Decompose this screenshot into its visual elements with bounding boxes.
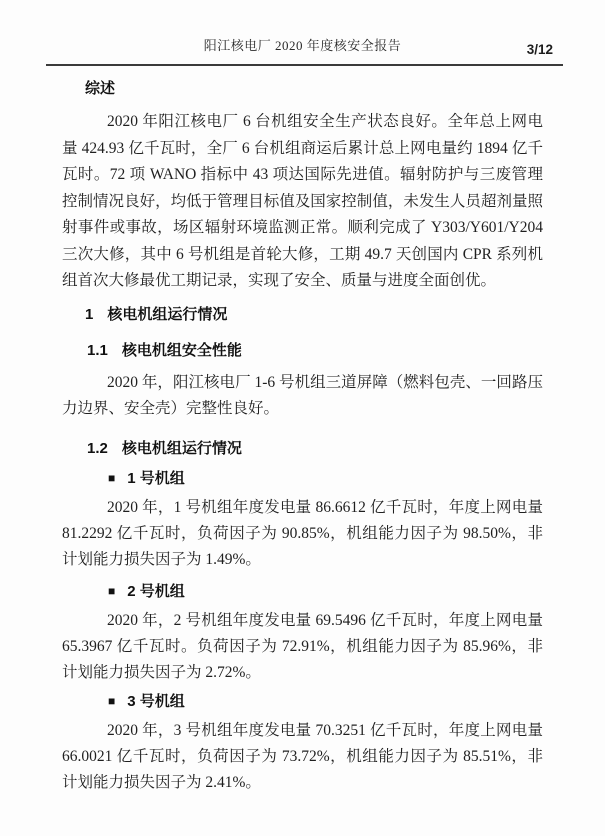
unit-3-block: ■3 号机组 2020 年，3 号机组年度发电量 70.3251 亿千瓦时，年度… — [62, 692, 543, 796]
unit-1-block: ■1 号机组 2020 年，1 号机组年度发电量 86.6612 亿千瓦时，年度… — [62, 469, 543, 573]
unit-3-paragraph: 2020 年，3 号机组年度发电量 70.3251 亿千瓦时，年度上网电量 66… — [62, 718, 543, 796]
square-bullet-icon: ■ — [108, 469, 115, 488]
report-title: 阳江核电厂 2020 年度核安全报告 — [0, 35, 605, 54]
section-1-1-heading: 1.1核电机组安全性能 — [62, 341, 543, 360]
page-header: 阳江核电厂 2020 年度核安全报告 3/12 — [0, 0, 605, 66]
unit-2-block: ■2 号机组 2020 年，2 号机组年度发电量 69.5496 亿千瓦时，年度… — [62, 582, 543, 686]
unit-1-title: 1 号机组 — [127, 470, 185, 487]
unit-3-title: 3 号机组 — [127, 693, 185, 710]
overview-paragraph: 2020 年阳江核电厂 6 台机组安全生产状态良好。全年总上网电量 424.93… — [62, 109, 543, 295]
unit-1-paragraph: 2020 年，1 号机组年度发电量 86.6612 亿千瓦时，年度上网电量 81… — [62, 495, 543, 573]
section-1-1-paragraph: 2020 年，阳江核电厂 1-6 号机组三道屏障（燃料包壳、一回路压力边界、安全… — [62, 370, 543, 422]
section-1-heading: 1核电机组运行情况 — [62, 305, 543, 324]
unit-3-heading: ■3 号机组 — [62, 692, 543, 711]
section-1-2-title: 核电机组运行情况 — [122, 440, 242, 457]
unit-1-heading: ■1 号机组 — [62, 469, 543, 488]
overview-heading: 综述 — [62, 79, 543, 98]
section-1-1-number: 1.1 — [87, 341, 108, 360]
section-1-title: 核电机组运行情况 — [107, 306, 227, 323]
document-body: 综述 2020 年阳江核电厂 6 台机组安全生产状态良好。全年总上网电量 424… — [62, 79, 543, 796]
header-rule — [46, 64, 563, 66]
section-1-1-title: 核电机组安全性能 — [122, 342, 242, 359]
unit-2-heading: ■2 号机组 — [62, 582, 543, 601]
square-bullet-icon: ■ — [108, 692, 115, 711]
section-1-2-heading: 1.2核电机组运行情况 — [62, 439, 543, 458]
page-number: 3/12 — [527, 42, 553, 57]
unit-2-paragraph: 2020 年，2 号机组年度发电量 69.5496 亿千瓦时，年度上网电量 65… — [62, 608, 543, 686]
section-1-number: 1 — [85, 305, 93, 324]
section-1-2-number: 1.2 — [87, 439, 108, 458]
square-bullet-icon: ■ — [108, 582, 115, 601]
unit-2-title: 2 号机组 — [127, 583, 185, 600]
document-page: 阳江核电厂 2020 年度核安全报告 3/12 综述 2020 年阳江核电厂 6… — [0, 0, 605, 836]
